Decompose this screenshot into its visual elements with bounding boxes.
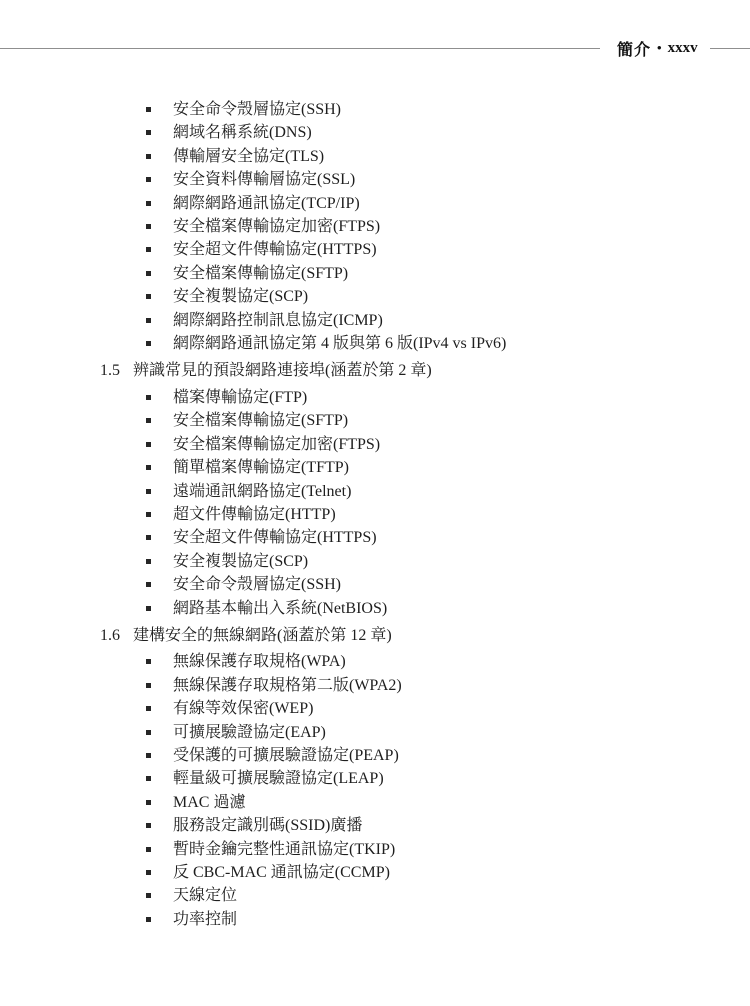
list-item-text: 天線定位 — [173, 884, 237, 907]
square-bullet-icon — [146, 776, 151, 781]
list-item-text: 安全檔案傳輸協定(SFTP) — [173, 409, 348, 432]
square-bullet-icon — [146, 177, 151, 182]
list-item: 安全資料傳輸層協定(SSL) — [0, 168, 750, 191]
square-bullet-icon — [146, 341, 151, 346]
square-bullet-icon — [146, 395, 151, 400]
square-bullet-icon — [146, 847, 151, 852]
list-item-text: 安全複製協定(SCP) — [173, 550, 308, 573]
bullet-list-0: 安全命令殼層協定(SSH)網域名稱系統(DNS)傳輸層安全協定(TLS)安全資料… — [0, 98, 750, 355]
list-item: 遠端通訊網路協定(Telnet) — [0, 480, 750, 503]
list-item: 天線定位 — [0, 884, 750, 907]
header-section-title: 簡介 — [617, 37, 651, 60]
section-title: 辨識常見的預設網路連接埠(涵蓋於第 2 章) — [133, 359, 432, 382]
square-bullet-icon — [146, 606, 151, 611]
list-item-text: 安全命令殼層協定(SSH) — [173, 573, 341, 596]
bullet-list-1: 檔案傳輸協定(FTP)安全檔案傳輸協定(SFTP)安全檔案傳輸協定加密(FTPS… — [0, 386, 750, 620]
list-item: 超文件傳輸協定(HTTP) — [0, 503, 750, 526]
list-item: 無線保護存取規格第二版(WPA2) — [0, 674, 750, 697]
list-item: 無線保護存取規格(WPA) — [0, 650, 750, 673]
list-item: 暫時金鑰完整性通訊協定(TKIP) — [0, 838, 750, 861]
list-item: 網際網路通訊協定第 4 版與第 6 版(IPv4 vs IPv6) — [0, 332, 750, 355]
list-item-text: MAC 過濾 — [173, 791, 245, 814]
square-bullet-icon — [146, 489, 151, 494]
list-item-text: 安全超文件傳輸協定(HTTPS) — [173, 526, 377, 549]
square-bullet-icon — [146, 823, 151, 828]
list-item: 傳輸層安全協定(TLS) — [0, 145, 750, 168]
list-item-text: 安全超文件傳輸協定(HTTPS) — [173, 238, 377, 261]
square-bullet-icon — [146, 753, 151, 758]
list-item: 安全複製協定(SCP) — [0, 550, 750, 573]
list-item-text: 簡單檔案傳輸協定(TFTP) — [173, 456, 349, 479]
square-bullet-icon — [146, 418, 151, 423]
page-header: 簡介 • xxxv — [0, 40, 750, 56]
list-item-text: 網域名稱系統(DNS) — [173, 121, 312, 144]
list-item: 反 CBC-MAC 通訊協定(CCMP) — [0, 861, 750, 884]
list-item: 安全檔案傳輸協定(SFTP) — [0, 262, 750, 285]
list-item-text: 功率控制 — [173, 908, 237, 931]
list-item-text: 反 CBC-MAC 通訊協定(CCMP) — [173, 861, 390, 884]
list-item: 服務設定識別碼(SSID)廣播 — [0, 814, 750, 837]
header-rule-right — [710, 48, 750, 49]
square-bullet-icon — [146, 659, 151, 664]
list-item: 檔案傳輸協定(FTP) — [0, 386, 750, 409]
list-item: 有線等效保密(WEP) — [0, 697, 750, 720]
list-item: MAC 過濾 — [0, 791, 750, 814]
list-item-text: 安全命令殼層協定(SSH) — [173, 98, 341, 121]
list-item: 輕量級可擴展驗證協定(LEAP) — [0, 767, 750, 790]
square-bullet-icon — [146, 512, 151, 517]
list-item: 功率控制 — [0, 908, 750, 931]
square-bullet-icon — [146, 294, 151, 299]
list-item-text: 安全資料傳輸層協定(SSL) — [173, 168, 355, 191]
bullet-list-2: 無線保護存取規格(WPA)無線保護存取規格第二版(WPA2)有線等效保密(WEP… — [0, 650, 750, 931]
list-item-text: 安全檔案傳輸協定加密(FTPS) — [173, 433, 380, 456]
list-item-text: 有線等效保密(WEP) — [173, 697, 313, 720]
list-item-text: 暫時金鑰完整性通訊協定(TKIP) — [173, 838, 395, 861]
square-bullet-icon — [146, 442, 151, 447]
square-bullet-icon — [146, 917, 151, 922]
list-item-text: 無線保護存取規格第二版(WPA2) — [173, 674, 402, 697]
list-item-text: 網際網路通訊協定(TCP/IP) — [173, 192, 360, 215]
square-bullet-icon — [146, 224, 151, 229]
list-item: 安全檔案傳輸協定(SFTP) — [0, 409, 750, 432]
list-item: 安全複製協定(SCP) — [0, 285, 750, 308]
square-bullet-icon — [146, 893, 151, 898]
list-item: 網路基本輸出入系統(NetBIOS) — [0, 597, 750, 620]
list-item: 網際網路控制訊息協定(ICMP) — [0, 309, 750, 332]
list-item: 網域名稱系統(DNS) — [0, 121, 750, 144]
list-item-text: 無線保護存取規格(WPA) — [173, 650, 346, 673]
header-bullet-separator: • — [657, 40, 662, 56]
list-item: 受保護的可擴展驗證協定(PEAP) — [0, 744, 750, 767]
list-item: 安全命令殼層協定(SSH) — [0, 573, 750, 596]
list-item-text: 網際網路通訊協定第 4 版與第 6 版(IPv4 vs IPv6) — [173, 332, 506, 355]
list-item-text: 安全檔案傳輸協定(SFTP) — [173, 262, 348, 285]
square-bullet-icon — [146, 247, 151, 252]
section-heading-1.5: 1.5辨識常見的預設網路連接埠(涵蓋於第 2 章) — [0, 359, 750, 382]
list-item: 安全超文件傳輸協定(HTTPS) — [0, 238, 750, 261]
square-bullet-icon — [146, 870, 151, 875]
list-item: 安全檔案傳輸協定加密(FTPS) — [0, 215, 750, 238]
list-item-text: 輕量級可擴展驗證協定(LEAP) — [173, 767, 384, 790]
list-item-text: 檔案傳輸協定(FTP) — [173, 386, 307, 409]
list-item-text: 網際網路控制訊息協定(ICMP) — [173, 309, 383, 332]
list-item: 安全命令殼層協定(SSH) — [0, 98, 750, 121]
toc-content: 安全命令殼層協定(SSH)網域名稱系統(DNS)傳輸層安全協定(TLS)安全資料… — [0, 98, 750, 931]
square-bullet-icon — [146, 465, 151, 470]
list-item-text: 安全複製協定(SCP) — [173, 285, 308, 308]
list-item-text: 安全檔案傳輸協定加密(FTPS) — [173, 215, 380, 238]
list-item-text: 可擴展驗證協定(EAP) — [173, 721, 326, 744]
list-item-text: 服務設定識別碼(SSID)廣播 — [173, 814, 362, 837]
section-number: 1.5 — [100, 359, 133, 382]
section-heading-1.6: 1.6建構安全的無線網路(涵蓋於第 12 章) — [0, 624, 750, 647]
list-item-text: 傳輸層安全協定(TLS) — [173, 145, 324, 168]
list-item-text: 超文件傳輸協定(HTTP) — [173, 503, 336, 526]
square-bullet-icon — [146, 706, 151, 711]
list-item: 可擴展驗證協定(EAP) — [0, 721, 750, 744]
section-title: 建構安全的無線網路(涵蓋於第 12 章) — [133, 624, 392, 647]
square-bullet-icon — [146, 201, 151, 206]
list-item-text: 遠端通訊網路協定(Telnet) — [173, 480, 351, 503]
square-bullet-icon — [146, 800, 151, 805]
list-item: 簡單檔案傳輸協定(TFTP) — [0, 456, 750, 479]
square-bullet-icon — [146, 683, 151, 688]
list-item-text: 網路基本輸出入系統(NetBIOS) — [173, 597, 387, 620]
header-page-number: xxxv — [668, 40, 698, 57]
header-rule-left — [0, 48, 600, 49]
list-item: 網際網路通訊協定(TCP/IP) — [0, 192, 750, 215]
document-page: 簡介 • xxxv 安全命令殼層協定(SSH)網域名稱系統(DNS)傳輸層安全協… — [0, 0, 750, 1006]
square-bullet-icon — [146, 535, 151, 540]
square-bullet-icon — [146, 107, 151, 112]
list-item: 安全超文件傳輸協定(HTTPS) — [0, 526, 750, 549]
square-bullet-icon — [146, 582, 151, 587]
list-item-text: 受保護的可擴展驗證協定(PEAP) — [173, 744, 399, 767]
square-bullet-icon — [146, 154, 151, 159]
square-bullet-icon — [146, 318, 151, 323]
list-item: 安全檔案傳輸協定加密(FTPS) — [0, 433, 750, 456]
square-bullet-icon — [146, 130, 151, 135]
square-bullet-icon — [146, 559, 151, 564]
square-bullet-icon — [146, 730, 151, 735]
square-bullet-icon — [146, 271, 151, 276]
section-number: 1.6 — [100, 624, 133, 647]
